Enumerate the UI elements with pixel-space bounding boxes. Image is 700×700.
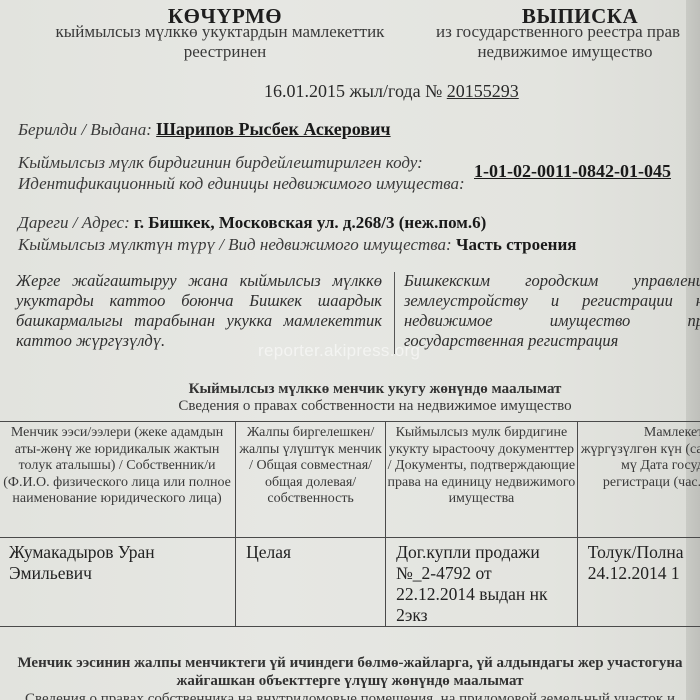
issued-to-value: Шарипов Рысбек Аскерович: [156, 119, 390, 139]
rights-section-title-kg: Кыймылсыз мүлккө менчик укугу жөнүндө ма…: [150, 381, 600, 398]
watermark: reporter.akipress.org: [258, 341, 420, 361]
property-type-value: Часть строения: [456, 235, 577, 254]
common-section-title-kg-line2: жайгашкан объекттерге үлүшү жөнүндө маал…: [4, 673, 696, 690]
issued-to-label: Берилди / Выдана:: [18, 120, 156, 139]
registration-note-kg: Жерге жайгаштыруу жана кыймылсыз мүлккө …: [16, 271, 382, 351]
date-number-line: 16.01.2015 жыл/года № 20155293: [264, 81, 519, 102]
owner-cell: Жумакадыров Уран Эмильевич: [0, 538, 236, 627]
subtitle-ru-line1: из государственного реестра прав: [436, 22, 700, 42]
rights-table-header: Менчик ээси/ээлери (жеке адамдын аты-жөн…: [0, 422, 700, 538]
address-value: г. Бишкек, Московская ул. д.268/3 (неж.п…: [134, 213, 486, 232]
rights-section-title-ru: Сведения о правах собственности на недви…: [150, 398, 600, 415]
common-section-title-ru: Сведения о правах собственника на внутри…: [4, 691, 696, 700]
address-label: Дареги / Адрес:: [18, 213, 134, 232]
ownership-type-cell: Целая: [236, 538, 386, 627]
id-code-label-kg: Кыймылсыз мүлк бирдигинин бирдейлештирил…: [18, 153, 423, 173]
id-code-value: 1-01-02-0011-0842-01-045: [474, 161, 671, 182]
document-number: 20155293: [447, 81, 519, 101]
registration-note-ru: Бишкекским городским управлени землеустр…: [404, 271, 700, 351]
subtitle-kg-line2: реестринен: [120, 42, 330, 62]
registration-date-cell: Толук/Полна 24.12.2014 1: [577, 538, 700, 627]
column-header-registration-date: Мамлекетти жүргүзүлгөн күн (саат, мү Дат…: [577, 422, 700, 538]
id-code-label-ru: Идентификационный код единицы недвижимог…: [18, 174, 465, 194]
documents-cell: Дог.купли продажи №_2-4792 от 22.12.2014…: [386, 538, 578, 627]
issued-to-row: Берилди / Выдана: Шарипов Рысбек Аскеров…: [18, 119, 391, 140]
subtitle-ru-line2: недвижимое имущество: [460, 42, 670, 62]
issue-date: 16.01.2015 жыл/года №: [264, 81, 447, 101]
address-row: Дареги / Адрес: г. Бишкек, Московская ул…: [18, 213, 486, 233]
column-header-ownership-type: Жалпы биргелешкен/ жалпы үлүштүк менчик …: [236, 422, 386, 538]
property-type-label: Кыймылсыз мүлктүн түрү / Вид недвижимого…: [18, 235, 456, 254]
rights-table: Менчик ээси/ээлери (жеке адамдын аты-жөн…: [0, 421, 700, 627]
property-type-row: Кыймылсыз мүлктүн түрү / Вид недвижимого…: [18, 235, 576, 255]
common-section-title-kg-line1: Менчик ээсинин жалпы менчиктеги үй ичинд…: [4, 655, 696, 672]
subtitle-kg-line1: кыймылсыз мүлккө укуктардын мамлекеттик: [20, 22, 420, 42]
column-header-documents: Кыймылсыз мулк бирдигине укукту ырастооч…: [386, 422, 578, 538]
table-row: Жумакадыров Уран Эмильевич Целая Дог.куп…: [0, 538, 700, 627]
column-header-owner: Менчик ээси/ээлери (жеке адамдын аты-жөн…: [0, 422, 236, 538]
